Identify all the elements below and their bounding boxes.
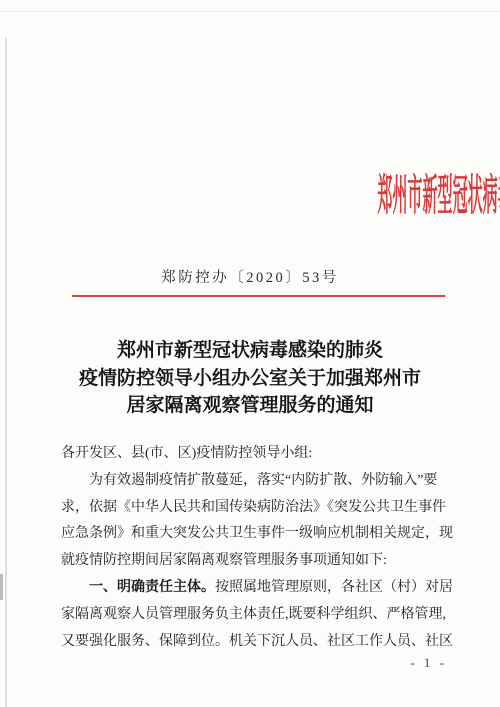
document-body: 各开发区、县(市、区)疫情防控领导小组: 为有效遏制疫情扩散蔓延，落实“内防扩散… — [61, 441, 453, 655]
body-text-line: 又要强化服务、保障到位。机关下沉人员、社区工作人员、社区 — [61, 629, 453, 656]
red-separator-line — [72, 295, 445, 297]
page-number: - 1 - — [410, 655, 447, 671]
body-text-line: 一、明确责任主体。按照属地管理原则，各社区（村）对居 — [61, 575, 453, 602]
document-title-line: 疫情防控领导小组办公室关于加强郑州市 — [0, 365, 500, 393]
document-title: 郑州市新型冠状病毒感染的肺炎 疫情防控领导小组办公室关于加强郑州市 居家隔离观察… — [0, 337, 500, 420]
document-title-line: 郑州市新型冠状病毒感染的肺炎 — [0, 337, 500, 365]
body-text-line: 为有效遏制疫情扩散蔓延，落实“内防扩散、外防输入”要 — [61, 468, 453, 495]
body-text-line: 就疫情防控期间居家隔离观察管理服务事项通知如下: — [61, 548, 453, 575]
banner-text: 郑州市新型冠状病毒感染的肺炎疫情防控领导小组办公室文件 — [377, 170, 500, 224]
document-title-line: 居家隔离观察管理服务的通知 — [0, 392, 500, 420]
scan-artifact — [0, 574, 3, 600]
body-text: 按照属地管理原则，各社区（村）对居 — [215, 580, 453, 595]
document-header-banner: 郑州市新型冠状病毒感染的肺炎疫情防控领导小组办公室文件 — [0, 170, 500, 224]
document-number: 郑防控办〔2020〕53号 — [0, 268, 500, 288]
body-text-line: 应急条例》和重大突发公共卫生事件一级响应机制相关规定，现 — [61, 521, 453, 548]
scan-edge-top — [0, 11, 500, 12]
body-text-line: 家隔离观察人员管理服务负主体责任,既要科学组织、严格管理, — [61, 602, 453, 629]
scanned-document-page: 郑州市新型冠状病毒感染的肺炎疫情防控领导小组办公室文件 郑防控办〔2020〕53… — [0, 0, 500, 707]
body-text-line: 求，依据《中华人民共和国传染病防治法》《突发公共卫生事件 — [61, 495, 453, 522]
section-heading: 一、明确责任主体。 — [89, 580, 215, 595]
salutation-line: 各开发区、县(市、区)疫情防控领导小组: — [61, 441, 453, 468]
